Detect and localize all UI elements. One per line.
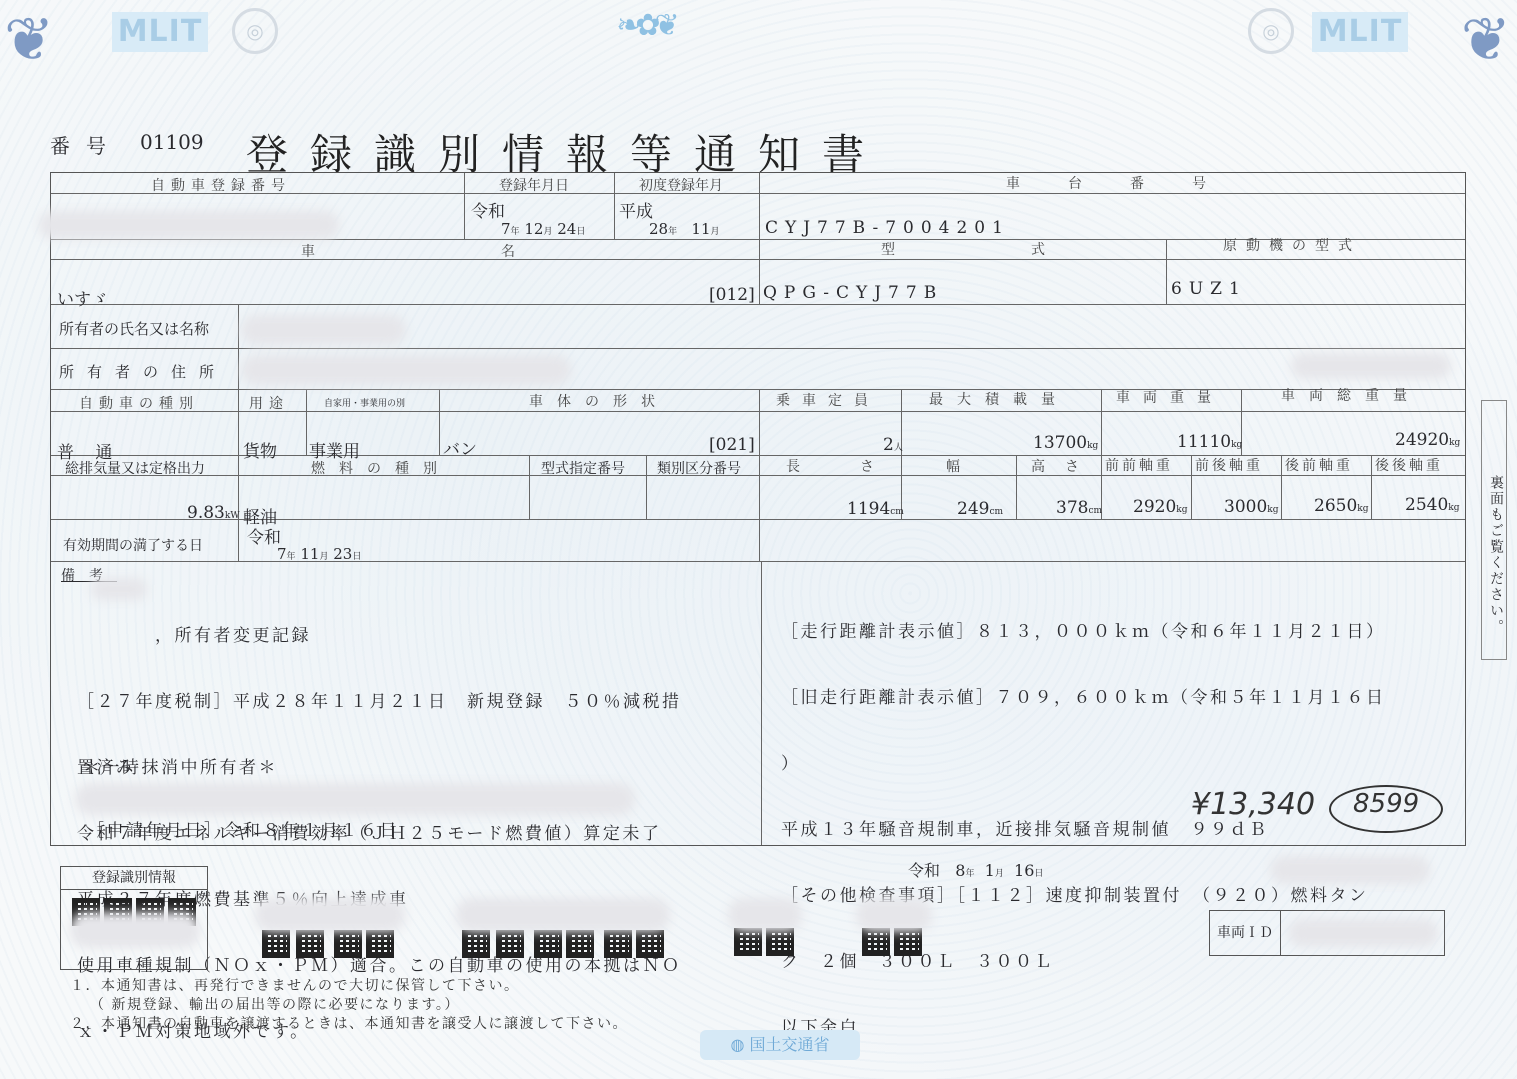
category-header: 類別区分番号 (657, 458, 741, 478)
qr-code-icon (296, 930, 324, 958)
model: QPG-CYJ77B (763, 283, 943, 303)
issue-date: 令和 8年 1月 16日 (908, 858, 1043, 881)
gross-weight-header: 車両総重量 (1281, 385, 1421, 405)
mlit-logo-right: MLIT (1312, 12, 1408, 52)
reg-number-header: 自動車登録番号 (151, 175, 291, 195)
reg-date: 7年 12月 24日 (501, 220, 585, 238)
axle-rr: 2540kg (1405, 495, 1459, 515)
qr-redacted (728, 898, 802, 932)
doc-number-label: 番号 (50, 130, 122, 159)
vehicle-id-redacted (1288, 919, 1438, 947)
type-approval-header: 型式指定番号 (541, 458, 625, 478)
reg-date-era: 令和 (471, 197, 505, 222)
note-1: １．本通知書は、再発行できませんので大切に保管して下さい。 (70, 975, 520, 995)
qr-code-icon (862, 928, 890, 956)
capacity-header: 乗車定員 (776, 390, 880, 410)
vehicle-weight-header: 車両重量 (1116, 387, 1224, 407)
axle-ff: 2920kg (1133, 497, 1187, 517)
emblem-left-icon: ◎ (232, 8, 278, 54)
handwritten-amount: ¥13,340 (1191, 787, 1315, 822)
expiry-date: 7年 11月 23日 (277, 545, 361, 563)
width-header: 幅 (946, 456, 966, 476)
use: 貨物 (243, 437, 277, 462)
application-date: ［申請年月日］令和８年１月１６日 (87, 820, 399, 842)
length-header: 長さ (786, 456, 934, 476)
top-ornament-icon: ❧✿❦ (520, 8, 770, 46)
vehicle-type-header: 自動車の種別 (79, 393, 199, 413)
engine-header: 原動機の型式 (1223, 235, 1361, 255)
body-shape: バン (443, 435, 477, 460)
remarks-right: ［走行距離計表示値］８１３，０００ｋｍ（令和６年１１月２１日） ［旧走行距離計表… (781, 577, 1386, 1079)
use-header: 用途 (249, 393, 289, 413)
qr-redacted (255, 898, 405, 932)
handwritten-circled: 8599 (1353, 789, 1419, 819)
gross-weight: 24920kg (1395, 430, 1460, 450)
qr-code-icon (462, 930, 490, 958)
issuer-redacted (1270, 856, 1430, 884)
height: 378cm (1056, 498, 1102, 518)
qr-code-icon (604, 930, 632, 958)
qr-code-icon (734, 928, 762, 956)
axle-rr-header: 後後軸重 (1375, 455, 1443, 475)
capacity: 2人 (883, 435, 903, 455)
displacement: 9.83kW (187, 503, 240, 523)
vehicle-id-box: 車両ＩＤ (1209, 910, 1445, 956)
qr-code-icon (566, 930, 594, 958)
model-header-1: 型 (881, 239, 901, 259)
owner-address-label: 所有者の住所 (59, 361, 227, 382)
side-note: 裏面もご覧ください。 (1481, 400, 1507, 660)
note-2: ２．本通知書の自動車を譲渡するときは、本通知書を譲受人に譲渡して下さい。 (70, 1013, 628, 1033)
max-load: 13700kg (1033, 433, 1098, 453)
emblem-right-icon: ◎ (1248, 8, 1294, 54)
note-1-sub: （ 新規登録、輸出の届出等の際に必要になります。） (90, 994, 460, 1014)
displacement-header: 総排気量又は定格出力 (65, 458, 205, 478)
qr-label: 登録識別情報 (61, 867, 207, 890)
length: 1194cm (847, 499, 904, 519)
qr-code-icon (366, 930, 394, 958)
vehicle-name: いすゞ (57, 285, 108, 310)
qr-code-icon (262, 930, 290, 958)
document-paper: ❦ ❦ ❧✿❦ MLIT ◎ ◎ MLIT 番号 01109 登録識別情報等通知… (0, 0, 1517, 1079)
qr-redacted (70, 912, 200, 948)
vehicle-id-label: 車両ＩＤ (1210, 911, 1281, 955)
qr-code-icon (636, 930, 664, 958)
reg-number-redacted (39, 211, 339, 239)
max-load-header: 最大積載量 (929, 389, 1069, 409)
ministry-logo: ◍ 国土交通省 (700, 1030, 860, 1060)
qr-code-icon (534, 930, 562, 958)
registration-table: 自動車登録番号 登録年月日 初度登録年月 車台番号 令和 7年 12月 24日 … (50, 172, 1466, 846)
body-header: 車体の形状 (529, 391, 669, 411)
mlit-logo-left: MLIT (112, 12, 208, 52)
width: 249cm (957, 499, 1003, 519)
owner-name-label: 所有者の氏名又は名称 (59, 318, 209, 339)
first-reg-date: 28年 11月 (649, 220, 720, 238)
axle-fr-header: 前後軸重 (1195, 455, 1263, 475)
private-business-header: 自家用・事業用の別 (324, 396, 405, 409)
body-code: [021] (709, 435, 755, 455)
axle-ff-header: 前前軸重 (1105, 455, 1173, 475)
corner-flourish-left-icon: ❦ (4, 10, 54, 70)
owner-name-redacted (241, 315, 406, 345)
axle-rf-header: 後前軸重 (1285, 455, 1353, 475)
qr-code-icon (334, 930, 362, 958)
temp-owner-label: ＊一時抹消中所有者＊ (83, 757, 278, 779)
qr-code-icon (766, 928, 794, 956)
qr-code-icon (496, 930, 524, 958)
owner-address-redacted-2 (1291, 353, 1451, 379)
vehicle-weight: 11110kg (1177, 432, 1242, 452)
corner-flourish-right-icon: ❦ (1461, 10, 1511, 70)
expiry-era: 令和 (247, 523, 281, 548)
qr-redacted (856, 898, 932, 932)
chassis-number: CYJ77B-7004201 (765, 218, 1010, 238)
first-reg-era: 平成 (619, 197, 653, 222)
vehicle-name-header-2: 名 (501, 241, 521, 261)
qr-redacted (456, 898, 670, 932)
axle-fr: 3000kg (1224, 497, 1278, 517)
height-header: 高さ (1031, 456, 1099, 476)
expiry-header: 有効期間の満了する日 (63, 535, 203, 555)
axle-rf: 2650kg (1314, 496, 1368, 516)
qr-code-icon (894, 928, 922, 956)
reg-date-header: 登録年月日 (499, 175, 569, 195)
doc-number: 01109 (140, 130, 204, 154)
vehicle-name-header-1: 車 (301, 241, 321, 261)
fuel-header: 燃料の種別 (311, 458, 451, 478)
first-reg-header: 初度登録年月 (639, 175, 723, 195)
temp-owner-redacted (75, 783, 635, 815)
engine-model: 6UZ1 (1171, 279, 1247, 299)
owner-address-redacted (241, 355, 571, 385)
model-header-2: 式 (1031, 239, 1051, 259)
model-code: [012] (709, 285, 755, 305)
chassis-header: 車台番号 (1006, 173, 1254, 193)
